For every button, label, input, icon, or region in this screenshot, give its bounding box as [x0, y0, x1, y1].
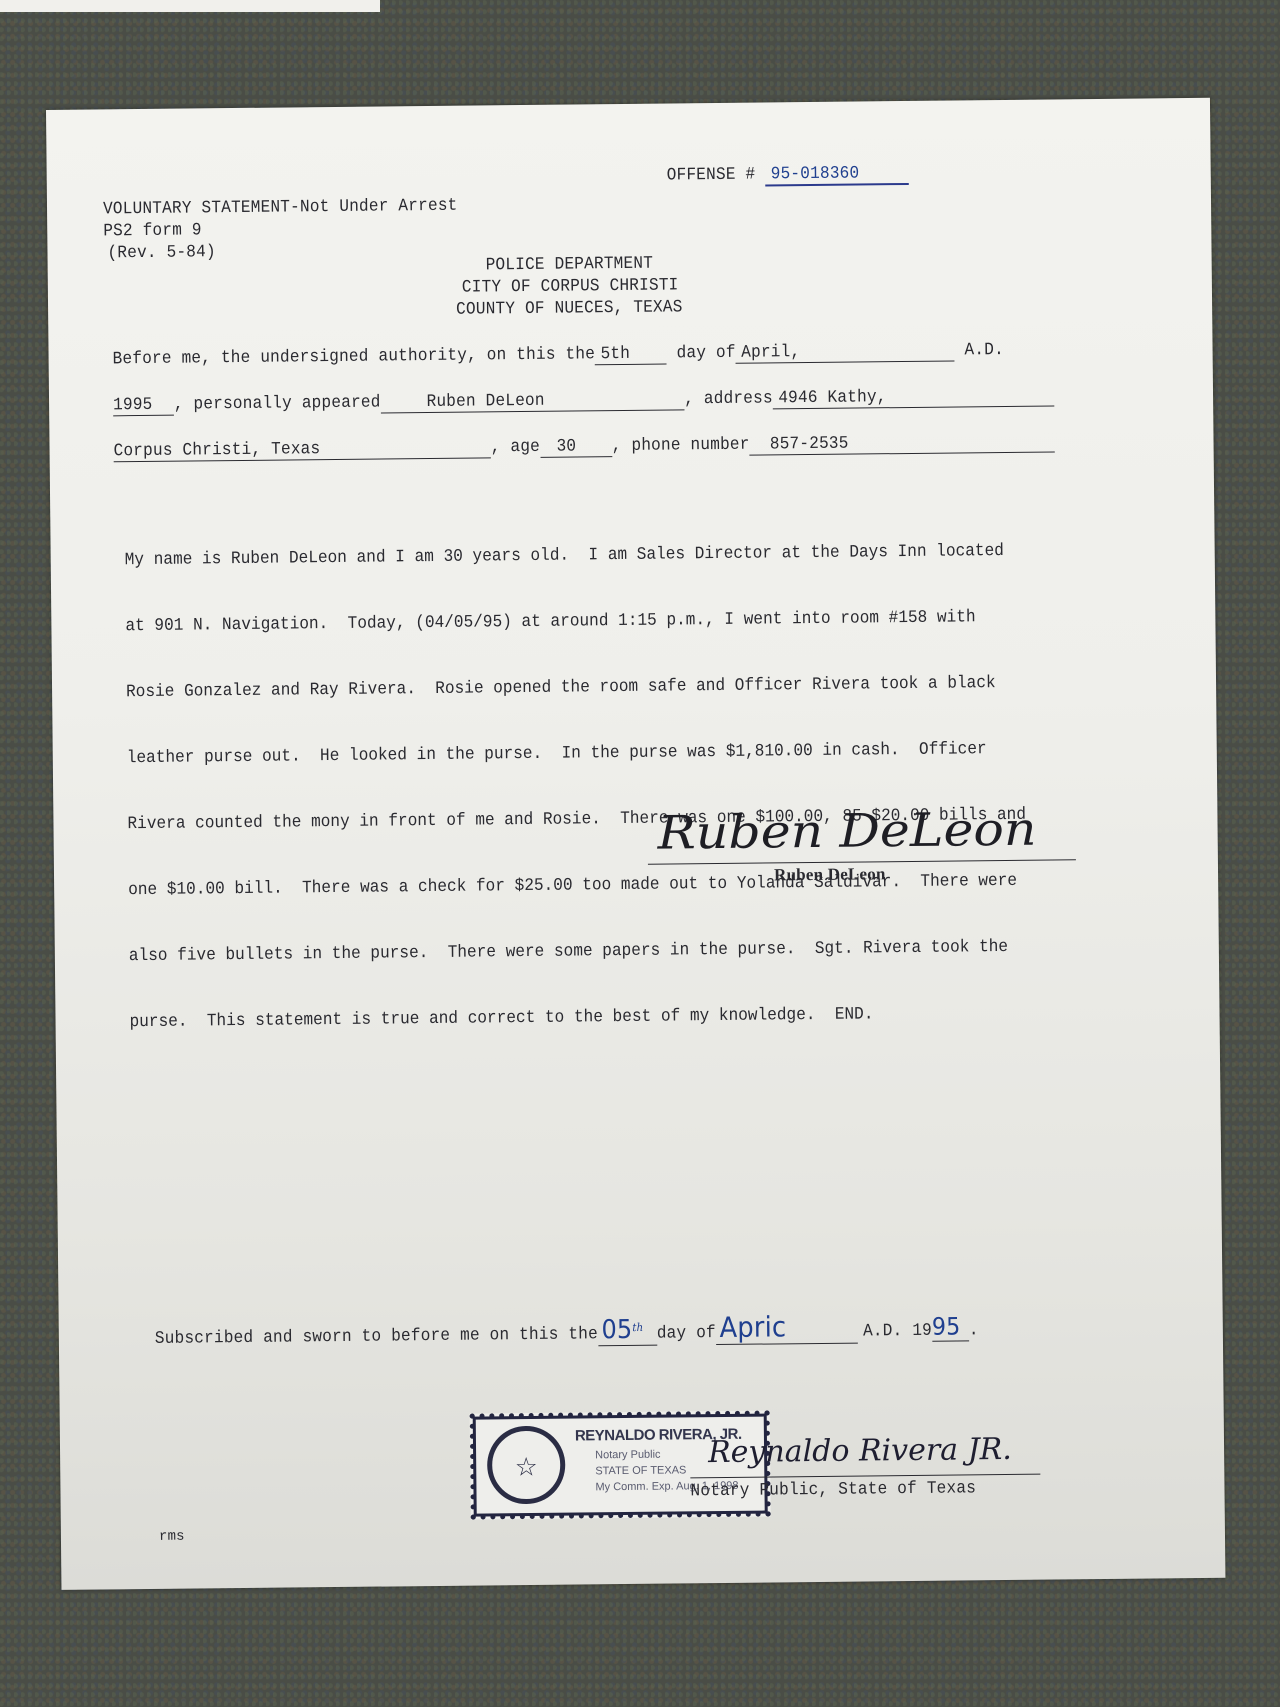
- month-field: April,: [736, 340, 955, 363]
- star-icon: ☆: [515, 1443, 537, 1486]
- age-field: 30: [540, 436, 612, 458]
- notary-seal: ☆: [487, 1426, 566, 1505]
- jurat-text: Subscribed and sworn to before me on thi…: [155, 1324, 598, 1349]
- address-label: , address: [684, 388, 773, 409]
- statement-line: purse. This statement is true and correc…: [129, 1001, 1058, 1033]
- notary-title: Notary Public, State of Texas: [690, 1478, 976, 1501]
- appeared-label: , personally appeared: [174, 393, 381, 415]
- preamble-line-3: Corpus Christi, Texas, age30, phone numb…: [113, 431, 1055, 462]
- ad-label: A.D.: [964, 340, 1004, 360]
- jurat-ad-label: A.D. 19: [857, 1321, 932, 1342]
- jurat-day-field: 05th: [598, 1315, 657, 1347]
- day-field: 5th: [595, 344, 667, 366]
- statement-line: also five bullets in the purse. There we…: [129, 935, 1058, 967]
- offense-field: OFFENSE # 95-018360: [667, 163, 909, 188]
- preamble-line-2: 1995, personally appearedRuben DeLeon, a…: [113, 385, 1054, 416]
- age-label: , age: [491, 437, 540, 458]
- statement-line: Rosie Gonzalez and Ray Rivera. Rosie ope…: [126, 671, 1055, 703]
- city-title: CITY OF CORPUS CHRISTI: [462, 275, 679, 297]
- jurat-period: .: [969, 1320, 979, 1340]
- form-number: PS2 form 9: [103, 220, 202, 241]
- jurat-day: 05: [601, 1315, 632, 1345]
- statement-line: at 901 N. Navigation. Today, (04/05/95) …: [125, 605, 1054, 637]
- adjacent-paper-corner: [0, 0, 380, 12]
- phone-field: 857-2535: [749, 431, 1055, 455]
- jurat-day-of-label: day of: [657, 1323, 716, 1344]
- stamp-line-2: Notary Public: [595, 1449, 661, 1462]
- jurat-line: Subscribed and sworn to before me on thi…: [155, 1308, 979, 1351]
- declarant-signature: Ruben DeLeon: [657, 802, 1036, 860]
- name-field: Ruben DeLeon: [380, 389, 684, 413]
- address-field: 4946 Kathy,: [773, 385, 1055, 409]
- notary-signature: Reynaldo Rivera JR.: [708, 1432, 1012, 1470]
- county-title: COUNTY OF NUECES, TEXAS: [456, 297, 683, 319]
- city-state-field: Corpus Christi, Texas: [113, 437, 490, 462]
- statement-line: My name is Ruben DeLeon and I am 30 year…: [125, 539, 1054, 571]
- form-revision: (Rev. 5-84): [107, 242, 216, 263]
- phone-label: , phone number: [612, 435, 750, 456]
- year-field: 1995: [113, 395, 174, 417]
- jurat-day-suffix: th: [632, 1321, 643, 1334]
- statement-document: OFFENSE # 95-018360 VOLUNTARY STATEMENT-…: [46, 98, 1225, 1590]
- declarant-printed-name: Ruben DeLeon: [774, 864, 886, 885]
- preamble-line-1: Before me, the undersigned authority, on…: [113, 340, 1004, 370]
- statement-line: leather purse out. He looked in the purs…: [127, 737, 1056, 769]
- jurat-year-field: 95: [932, 1312, 969, 1341]
- preamble-text: Before me, the undersigned authority, on…: [113, 344, 596, 369]
- jurat-year: 95: [932, 1312, 961, 1340]
- jurat-month: Apric: [719, 1310, 786, 1344]
- offense-label: OFFENSE #: [667, 165, 756, 186]
- notary-signature-line: Reynaldo Rivera JR.: [690, 1430, 1040, 1479]
- statement-line: one $10.00 bill. There was a check for $…: [128, 869, 1057, 901]
- statement-body: My name is Ruben DeLeon and I am 30 year…: [124, 495, 1059, 1077]
- day-of-label: day of: [677, 343, 736, 364]
- declarant-signature-line: Ruben DeLeon: [647, 799, 1076, 864]
- jurat-month-field: Apric: [716, 1310, 858, 1345]
- form-title: VOLUNTARY STATEMENT-Not Under Arrest: [103, 196, 458, 220]
- stamp-line-3: STATE OF TEXAS: [595, 1464, 686, 1477]
- typist-initials: rms: [159, 1529, 185, 1545]
- offense-number: 95-018360: [765, 163, 909, 187]
- department-title: POLICE DEPARTMENT: [486, 254, 654, 276]
